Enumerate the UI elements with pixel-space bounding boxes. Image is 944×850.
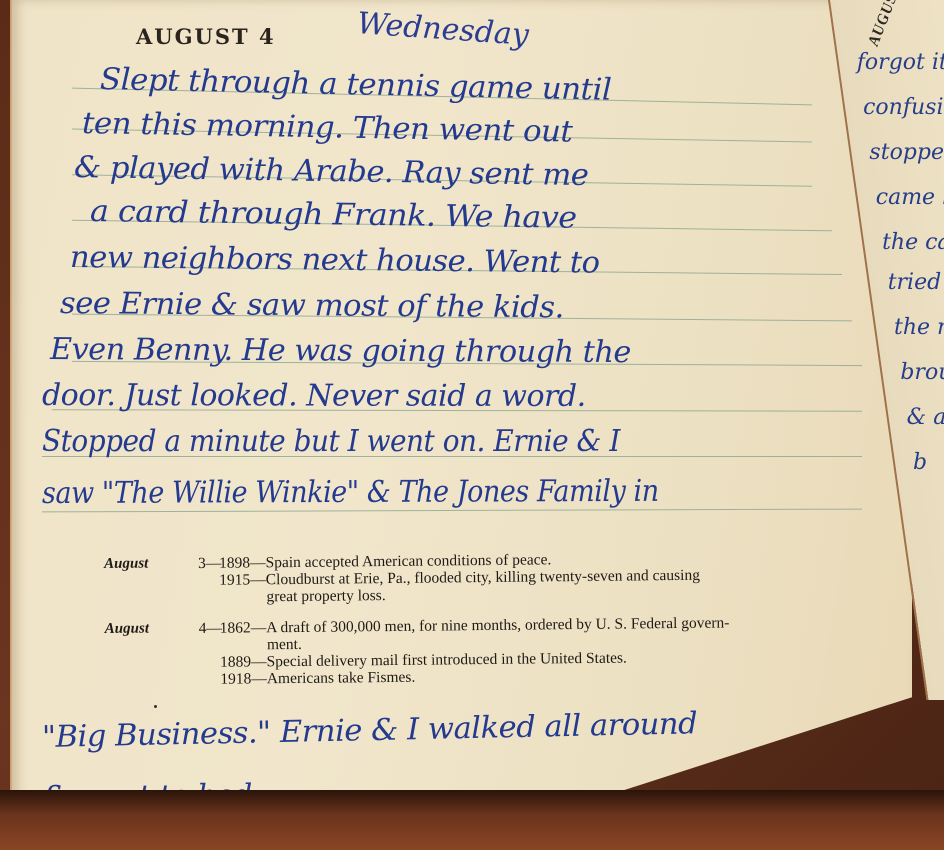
diary-line: a card through Frank. We have: [90, 194, 577, 236]
diary-line: Even Benny. He was going through the: [50, 332, 631, 370]
diary-line: Slept through a tennis game until: [100, 62, 612, 108]
table-surface: [0, 790, 944, 850]
facing-scrawl: came h: [876, 185, 944, 210]
facing-scrawl: tried: [888, 270, 942, 295]
diary-line: ten this morning. Then went out: [82, 106, 573, 150]
diary-line: saw "The Willie Winkie" & The Jones Fami…: [42, 474, 659, 511]
historical-events: August 3— 1898—Spain accepted American c…: [104, 548, 885, 699]
event-year: 1862: [220, 619, 251, 636]
event-group-aug-4: August 4— 1862—A draft of 300,000 men, f…: [105, 613, 886, 689]
facing-scrawl: & a: [907, 405, 944, 430]
facing-scrawl: confusi: [863, 95, 943, 120]
diary-line: door. Just looked. Never said a word.: [42, 378, 586, 414]
event-date-label: August: [104, 556, 148, 573]
event-year: 1898: [219, 554, 250, 571]
event-year: 1889: [220, 653, 251, 670]
footer-line: "Big Business." Ernie & I walked all aro…: [42, 706, 698, 755]
diary-line: see Ernie & saw most of the kids.: [60, 286, 564, 325]
diary-line: & played with Arabe. Ray sent me: [74, 150, 589, 193]
event-date-label: August: [105, 621, 149, 638]
facing-scrawl: stopped: [869, 140, 944, 165]
event-year: 1915: [219, 571, 250, 588]
facing-page-header: AUGUS: [866, 0, 902, 50]
event-day: 3—: [198, 555, 221, 572]
event-text: Americans take Fismes.: [267, 669, 416, 688]
facing-scrawl: b: [913, 450, 927, 475]
event-day: 4—: [199, 620, 222, 637]
diary-line: new neighbors next house. Went to: [70, 240, 600, 281]
facing-scrawl: the r: [894, 315, 944, 340]
facing-scrawl: brou: [900, 360, 944, 385]
facing-scrawl: the ca: [882, 230, 944, 255]
page-date-header: AUGUST 4: [136, 24, 276, 49]
diary-line: Stopped a minute but I went on. Ernie & …: [42, 424, 620, 459]
event-year: 1918: [220, 670, 251, 687]
diary-page-left: AUGUST 4 Wednesday Slept through a tenni…: [12, 0, 912, 830]
event-group-aug-3: August 3— 1898—Spain accepted American c…: [104, 548, 884, 607]
ink-speck: [154, 705, 157, 708]
weekday-handwritten: Wednesday: [356, 6, 530, 53]
facing-scrawl: forgot it: [857, 50, 944, 75]
